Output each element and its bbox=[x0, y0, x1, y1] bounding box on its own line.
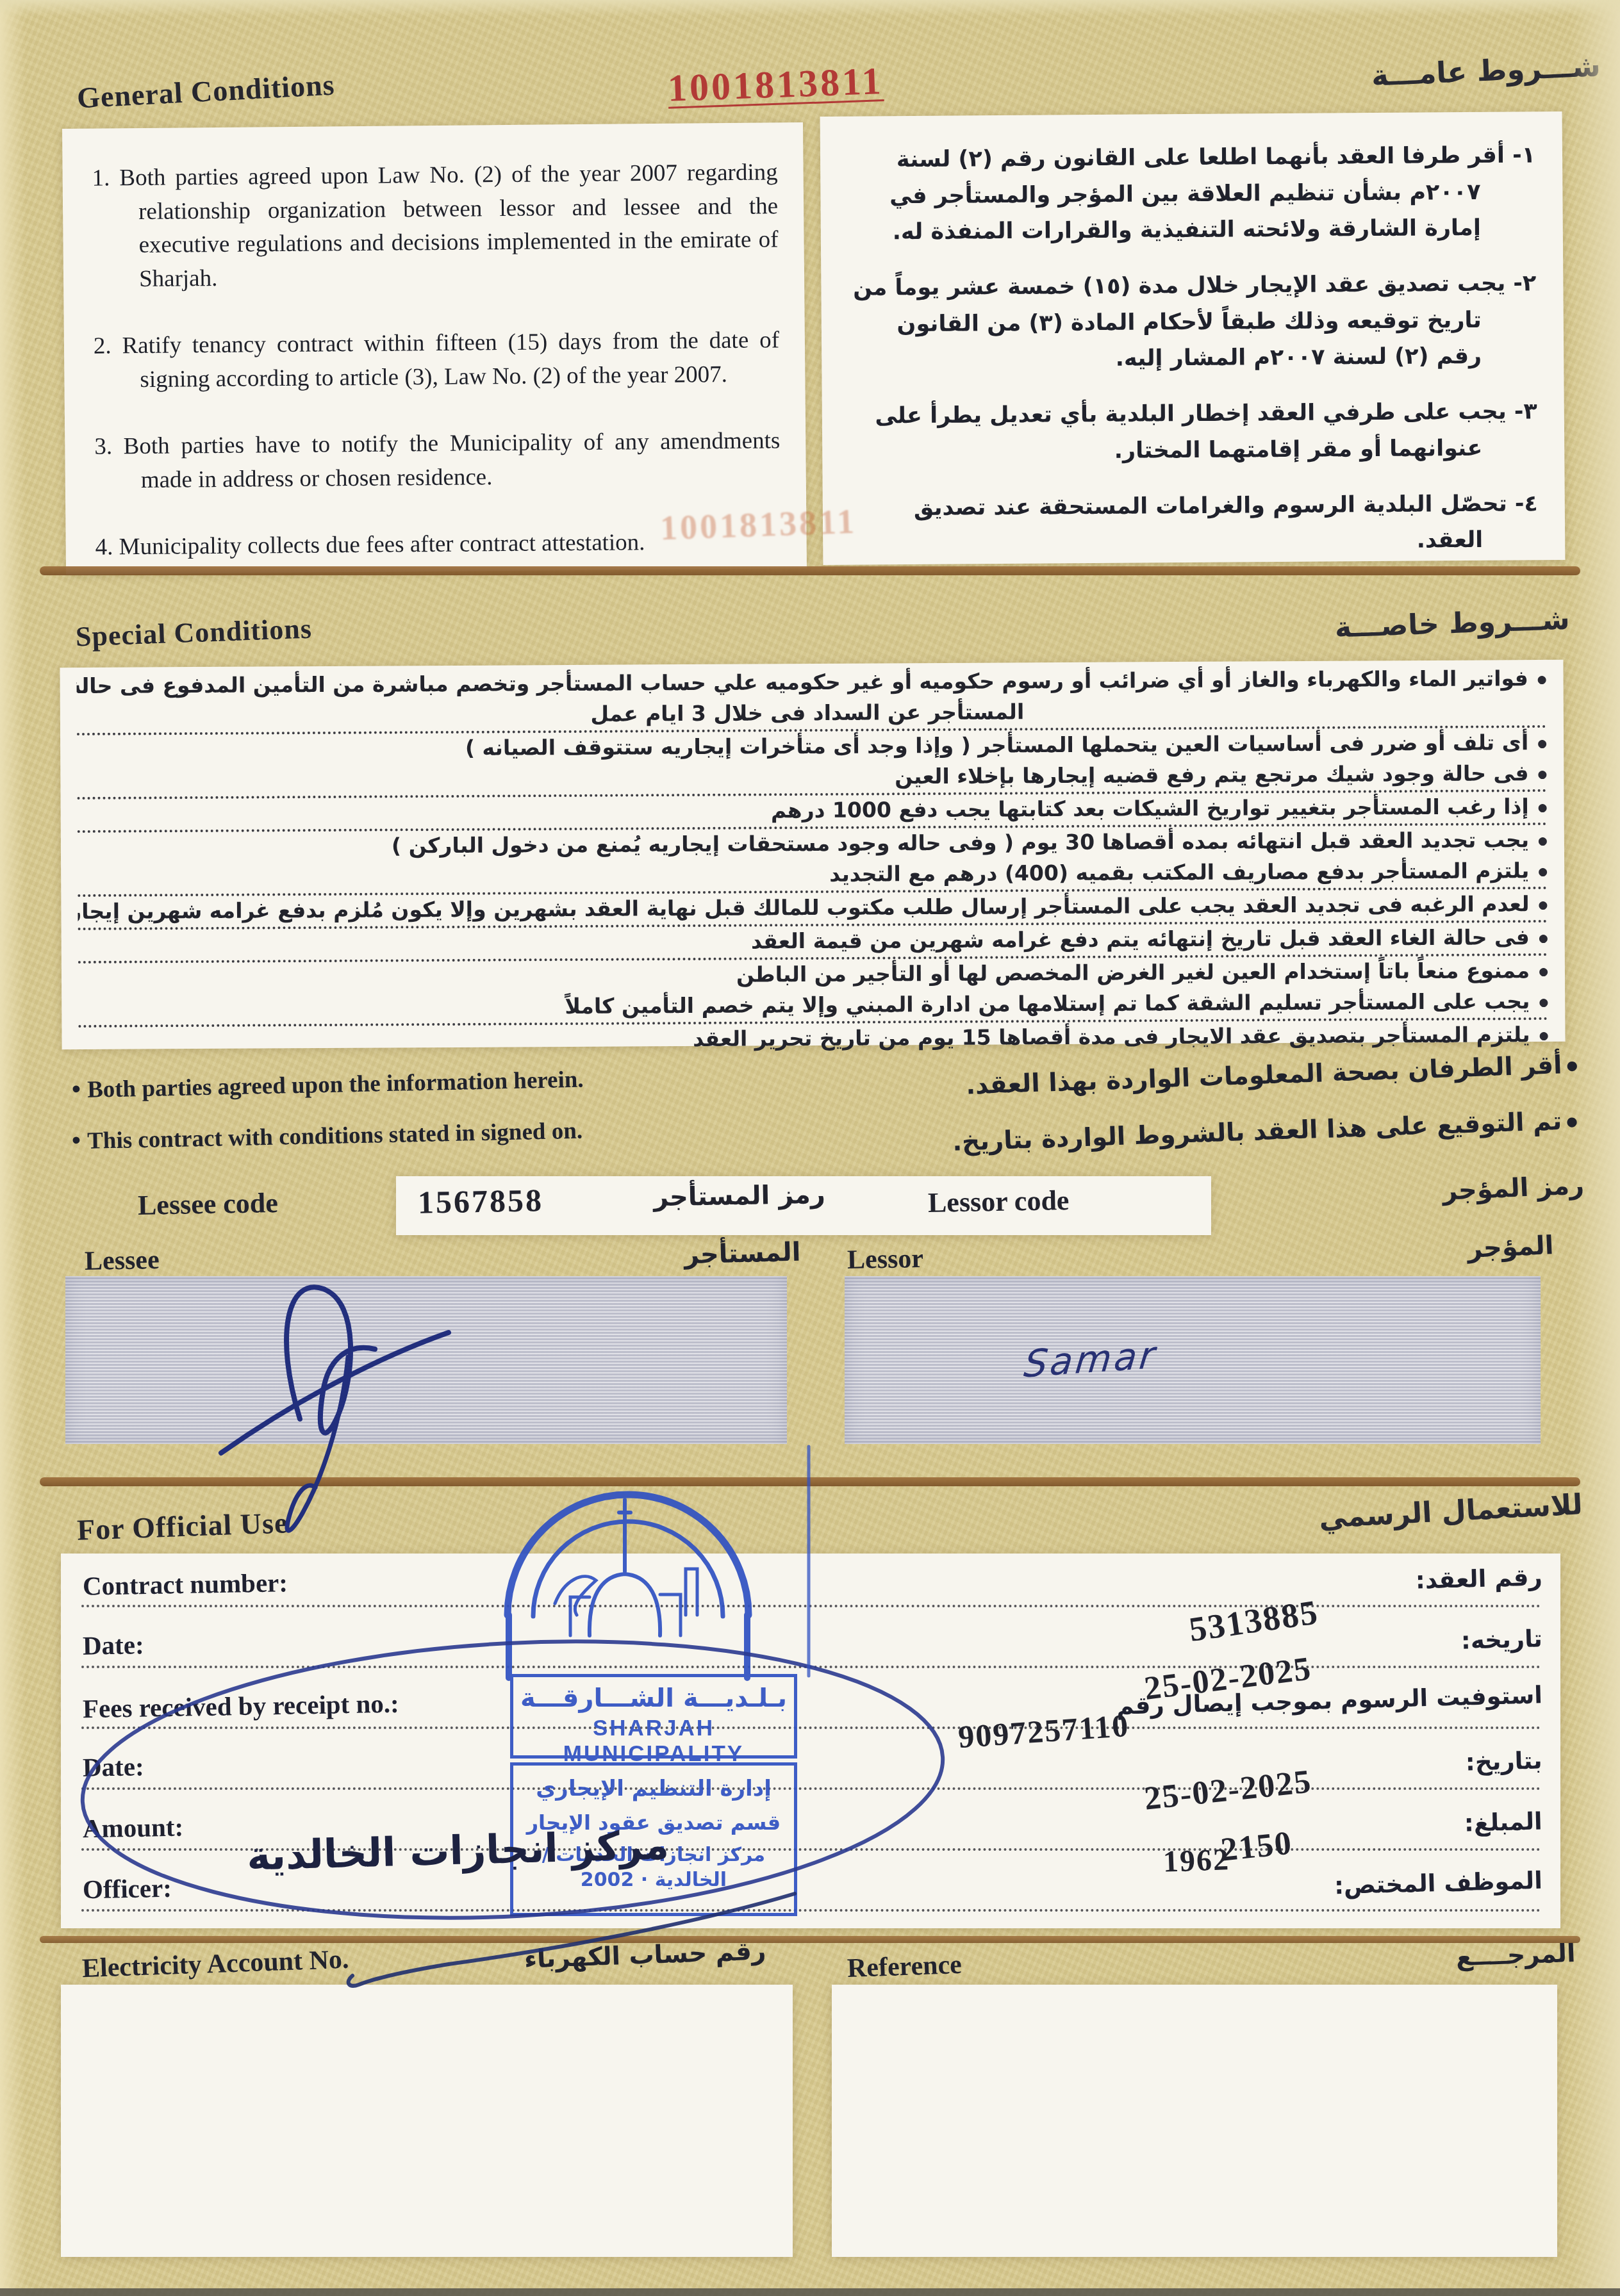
lessor-code-label: Lessor code bbox=[928, 1184, 1070, 1219]
fees-receipt-label-en: Fees received by receipt no.: bbox=[83, 1688, 400, 1725]
contract-number-label-en: Contract number: bbox=[83, 1567, 288, 1602]
special-conditions-title-en: Special Conditions bbox=[75, 612, 312, 653]
general-condition-en-3: 3. Both parties have to notify the Munic… bbox=[94, 424, 781, 497]
general-condition-en-1: 1. Both parties agreed upon Law No. (2) … bbox=[92, 156, 779, 296]
general-conditions-title-ar: شـــروط عامـــة bbox=[1371, 49, 1601, 93]
official-row-date-1: Date: تاريخه: bbox=[80, 1626, 1544, 1687]
lessor-label-ar: المؤجر bbox=[1467, 1231, 1554, 1264]
general-conditions-title-en: General Conditions bbox=[76, 67, 336, 115]
divider-rule-top bbox=[40, 566, 1580, 575]
date2-label-ar: بتاريخ: bbox=[1466, 1746, 1543, 1776]
officer-label-en: Officer: bbox=[83, 1873, 172, 1905]
dotted-leader bbox=[81, 1605, 1541, 1607]
special-conditions-title-ar: شـــروط خاصـــة bbox=[1335, 603, 1571, 644]
contract-number-label-ar: رقم العقد: bbox=[1416, 1563, 1543, 1594]
date2-label-en: Date: bbox=[83, 1751, 144, 1783]
dotted-leader bbox=[81, 1666, 1541, 1668]
scan-edge-left bbox=[0, 0, 26, 2296]
contract-serial-number: 1001813811 bbox=[667, 59, 884, 111]
electricity-account-label-en: Electricity Account No. bbox=[81, 1944, 349, 1985]
special-conditions-box: فواتير الماء والكهرباء والغاز أو أي ضرائ… bbox=[60, 660, 1565, 1049]
reference-label-ar: المرجــــع bbox=[1455, 1939, 1576, 1972]
amount-value: 2150 bbox=[1219, 1824, 1294, 1869]
agreement-line-en-1: Both parties agreed upon the information… bbox=[72, 1063, 584, 1104]
amount-label-ar: المبلغ: bbox=[1464, 1807, 1543, 1837]
divider-rule-middle bbox=[40, 1477, 1580, 1486]
date-label-ar: تاريخه: bbox=[1461, 1625, 1543, 1654]
general-condition-en-2: 2. Ratify tenancy contract within fiftee… bbox=[94, 324, 780, 397]
official-row-officer: Officer: الموظف المختص: bbox=[80, 1869, 1544, 1930]
official-row-date-2: Date: بتاريخ: bbox=[80, 1748, 1544, 1808]
agreement-line-en-2: This contract with conditions stated in … bbox=[72, 1115, 583, 1156]
reference-label-en: Reference bbox=[847, 1949, 962, 1984]
lessee-code-label-ar: رمز المستأجر bbox=[654, 1180, 826, 1213]
officer-label-ar: الموظف المختص: bbox=[1334, 1867, 1543, 1899]
general-condition-ar-1: ١- أقر طرفا العقد بأنهما اطلعا على القان… bbox=[843, 137, 1536, 251]
lessee-label: Lessee bbox=[85, 1245, 160, 1277]
lessee-code-label: Lessee code bbox=[138, 1186, 279, 1222]
dotted-leader bbox=[81, 1726, 1541, 1729]
reference-box bbox=[832, 1985, 1557, 2257]
general-condition-ar-4: ٤- تحصّل البلدية الرسوم والغرامات المستح… bbox=[846, 486, 1539, 563]
electricity-account-box bbox=[61, 1985, 793, 2257]
lessor-label: Lessor bbox=[847, 1243, 924, 1275]
divider-rule-bottom bbox=[40, 1936, 1580, 1943]
lessee-code-value: 1567858 bbox=[418, 1181, 544, 1220]
general-conditions-box-ar: ١- أقر طرفا العقد بأنهما اطلعا على القان… bbox=[820, 111, 1566, 565]
officer-number-value: 1962 bbox=[1162, 1842, 1230, 1880]
lessor-code-label-ar: رمز المؤجر bbox=[1442, 1170, 1585, 1206]
amount-label-en: Amount: bbox=[83, 1812, 184, 1844]
agreement-line-ar-2: تم التوقيع على هذا العقد بالشروط الواردة… bbox=[952, 1106, 1578, 1157]
scan-edge-right bbox=[1570, 0, 1620, 2296]
general-condition-ar-3: ٣- يجب على طرفي العقد إخطار البلدية بأي … bbox=[845, 393, 1538, 471]
dotted-leader bbox=[81, 1787, 1541, 1790]
scan-edge-bottom bbox=[0, 2288, 1620, 2296]
lessor-signature-box bbox=[845, 1276, 1541, 1444]
scan-edge-top bbox=[0, 0, 1620, 17]
serial-ghost-bleedthrough: 1001813811 bbox=[659, 502, 857, 548]
agreement-line-ar-1: أقر الطرفان بصحة المعلومات الواردة بهذا … bbox=[965, 1050, 1578, 1100]
lessee-signature-box bbox=[65, 1276, 787, 1444]
official-use-title-ar: للاستعمال الرسمي bbox=[1318, 1488, 1583, 1534]
lessee-label-ar: المستأجر bbox=[684, 1238, 800, 1270]
dotted-leader bbox=[81, 1909, 1541, 1912]
official-row-receipt: Fees received by receipt no.: استوفيت ال… bbox=[80, 1687, 1544, 1748]
date-label-en: Date: bbox=[83, 1629, 144, 1661]
general-condition-ar-2: ٢- يجب تصديق عقد الإيجار خلال مدة (١٥) خ… bbox=[844, 265, 1537, 379]
official-row-contract-number: Contract number: رقم العقد: bbox=[80, 1565, 1544, 1626]
official-use-title-en: For Official Use bbox=[76, 1505, 288, 1546]
